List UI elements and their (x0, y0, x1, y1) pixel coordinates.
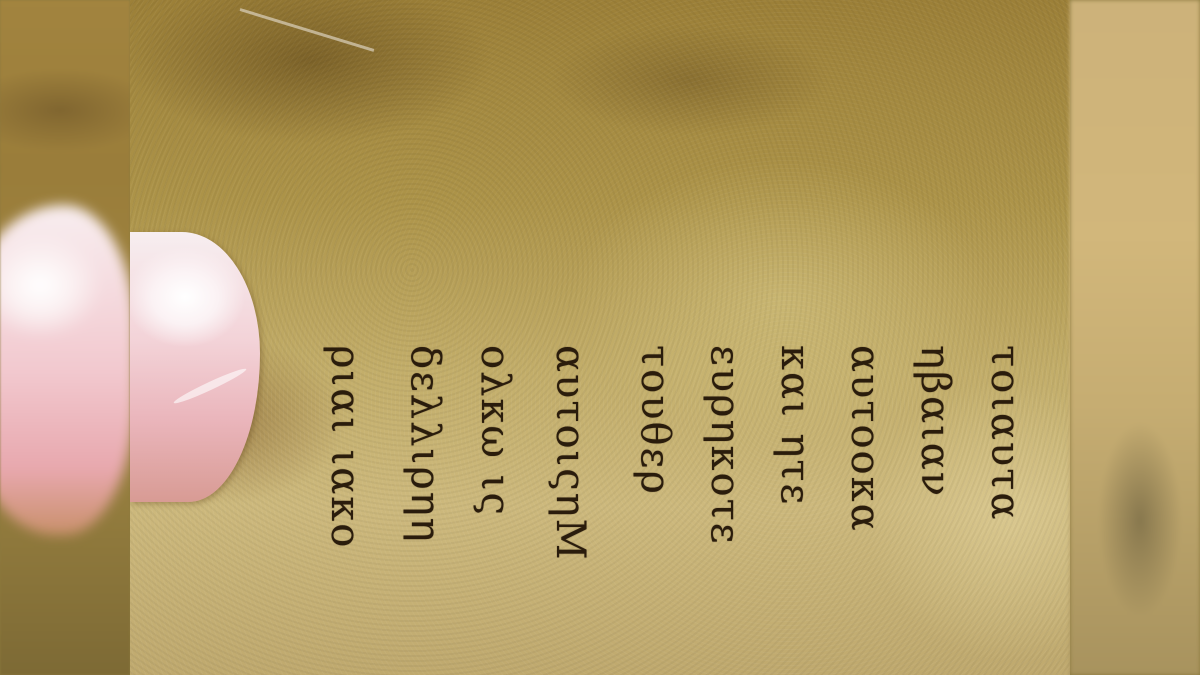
photo-frame: ριαι ιακο δελλιρηη ολκω ις αυτοιςηΜ τουθ… (0, 0, 1200, 675)
text-column: ριαι ιακο (325, 345, 365, 675)
text-column: και ητε (775, 345, 815, 675)
text-column: τουθερ (635, 345, 675, 675)
text-column: δελλιρηη (405, 345, 445, 675)
text-column: ηβαιαν (915, 345, 955, 675)
manuscript-text: ριαι ιακο δελλιρηη ολκω ις αυτοιςηΜ τουθ… (325, 345, 1070, 675)
blurred-thumb (0, 205, 130, 535)
manuscript-photo: ριαι ιακο δελλιρηη ολκω ις αυτοιςηΜ τουθ… (130, 0, 1070, 675)
blurred-left-extension (0, 0, 130, 675)
blurred-right-extension (1070, 0, 1200, 675)
text-column: αυτοοκα (845, 345, 885, 675)
text-column: ολκω ις (475, 345, 515, 675)
text-column: τοιαυτα (985, 345, 1025, 675)
text-column: ευρηκοτε (705, 345, 745, 675)
text-column: αυτοιςηΜ (550, 345, 590, 675)
